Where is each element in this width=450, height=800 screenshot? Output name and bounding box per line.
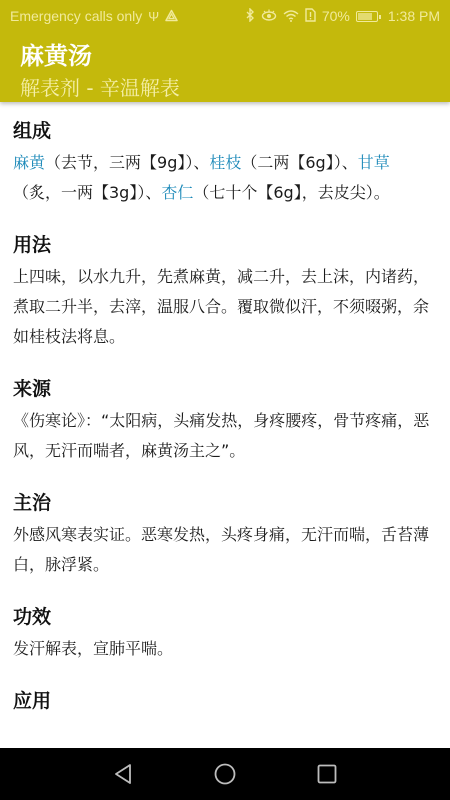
bluetooth-icon [246,8,255,24]
composition-text: 麻黄（去节，三两【9g】）、桂枝（二两【6g】）、甘草（炙，一两【3g】）、杏仁… [13,148,437,208]
composition-fragment: （二两【6g】）、 [241,153,357,172]
battery-percent: 70% [322,8,350,24]
page-subtitle: 解表剂 - 辛温解表 [20,72,180,101]
effects-text: 发汗解表，宣肺平喘。 [13,634,437,664]
battery-icon [356,11,378,22]
eye-icon [261,9,277,23]
usage-text: 上四味，以水九升，先煮麻黄，减二升，去上沫，内诸药，煮取二升半，去滓，温服八合。… [13,262,437,352]
composition-fragment: （七十个【6g】，去皮尖）。 [193,183,389,202]
page-title: 麻黄汤 [20,36,92,71]
status-bar: Emergency calls only Ψ 70% 1:38 PM [0,0,450,32]
herb-link-mahuang[interactable]: 麻黄 [13,153,45,172]
section-usage: 用法 上四味，以水九升，先煮麻黄，减二升，去上沫，内诸药，煮取二升半，去滓，温服… [13,230,437,352]
section-heading: 组成 [13,116,437,146]
composition-fragment: （去节，三两【9g】）、 [45,153,209,172]
section-heading: 主治 [13,488,437,518]
usb-icon: Ψ [148,10,159,23]
carrier-text: Emergency calls only [10,8,142,24]
wifi-icon [283,9,299,24]
recents-square-icon [317,764,337,784]
section-indications: 主治 外感风寒表实证。恶寒发热，头疼身痛，无汗而喘，舌苔薄白，脉浮紧。 [13,488,437,580]
system-nav-bar [0,748,450,800]
herb-link-xingren[interactable]: 杏仁 [161,183,193,202]
composition-fragment: （炙，一两【3g】）、 [13,183,161,202]
section-application: 应用 [13,686,437,716]
back-triangle-icon [113,763,133,785]
home-button[interactable] [213,762,237,786]
home-circle-icon [214,763,236,785]
alert-triangle-icon [165,9,178,24]
section-heading: 应用 [13,686,437,716]
indications-text: 外感风寒表实证。恶寒发热，头疼身痛，无汗而喘，舌苔薄白，脉浮紧。 [13,520,437,580]
clock: 1:38 PM [388,8,440,24]
section-heading: 功效 [13,602,437,632]
section-source: 来源 《伤寒论》：“太阳病，头痛发热，身疼腰疼，骨节疼痛，恶风，无汗而喘者，麻黄… [13,374,437,466]
formula-detail-content[interactable]: 组成 麻黄（去节，三两【9g】）、桂枝（二两【6g】）、甘草（炙，一两【3g】）… [0,102,450,748]
section-heading: 来源 [13,374,437,404]
herb-link-gancao[interactable]: 甘草 [358,153,390,172]
source-text: 《伤寒论》：“太阳病，头痛发热，身疼腰疼，骨节疼痛，恶风，无汗而喘者，麻黄汤主之… [13,406,437,466]
section-effects: 功效 发汗解表，宣肺平喘。 [13,602,437,664]
recents-button[interactable] [315,762,339,786]
back-button[interactable] [111,762,135,786]
sim-alert-icon [305,8,316,24]
section-heading: 用法 [13,230,437,260]
herb-link-guizhi[interactable]: 桂枝 [209,153,241,172]
app-bar: Emergency calls only Ψ 70% 1:38 PM 麻黄汤 [0,0,450,102]
section-composition: 组成 麻黄（去节，三两【9g】）、桂枝（二两【6g】）、甘草（炙，一两【3g】）… [13,116,437,208]
